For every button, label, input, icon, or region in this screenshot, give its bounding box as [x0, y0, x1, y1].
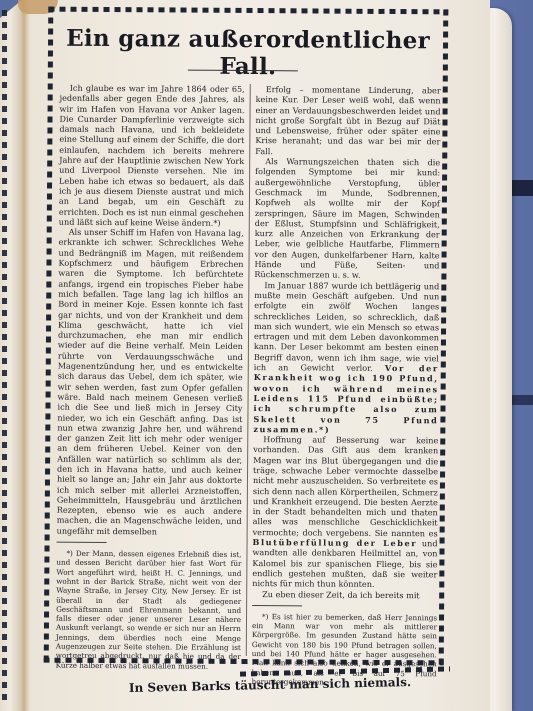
paragraph: Erfolg – momentane Linderung, aber keine…	[255, 84, 440, 157]
footnote-rule	[57, 542, 107, 543]
dotted-border-left	[44, 7, 54, 663]
paragraph: Zu eben dieser Zeit, da ich bereits mit	[252, 589, 437, 601]
footnote: *) Der Mann, dessen eigenes Erlebniß die…	[56, 549, 242, 671]
newspaper-page: Ein ganz außerordentlicher Fall. Ich gla…	[0, 0, 490, 711]
paragraph: Im Januar 1887 wurde ich bettlägerig und…	[253, 280, 439, 436]
dotted-border-top	[48, 7, 448, 15]
right-column: Erfolg – momentane Linderung, aber keine…	[252, 84, 441, 687]
slogan: In Seven Barks täuscht man sich niemals.	[120, 675, 420, 695]
footnote-rule	[252, 605, 302, 606]
article-frame: Ein ganz außerordentlicher Fall. Ich gla…	[44, 7, 449, 666]
paragraph: Hoffnung auf Besserung war keine vorhand…	[252, 434, 438, 590]
column-divider	[246, 84, 251, 656]
paragraph: Ich glaube es war im Jahre 1864 oder 65,…	[59, 83, 245, 228]
paragraph-text: Im Januar 1887 wurde ich bettlägerig und…	[254, 280, 440, 373]
paragraph: Als Warnungszeichen thaten sich die folg…	[254, 156, 440, 281]
article-title: Ein ganz außerordentlicher Fall.	[48, 25, 448, 82]
paragraph-text: Hoffnung auf Besserung war keine vorhand…	[253, 434, 439, 538]
emphasized-weight-text: Vor der Krankheit wog ich 190 Pfund, wov…	[253, 363, 439, 434]
emphasized-diagnosis-text: Blutüberfüllung der Leber	[253, 537, 418, 548]
previous-column-border	[2, 10, 7, 700]
left-column: Ich glaube es war im Jahre 1864 oder 65,…	[56, 83, 245, 671]
paragraph: Als unser Schiff im Hafen von Havana lag…	[57, 227, 244, 537]
